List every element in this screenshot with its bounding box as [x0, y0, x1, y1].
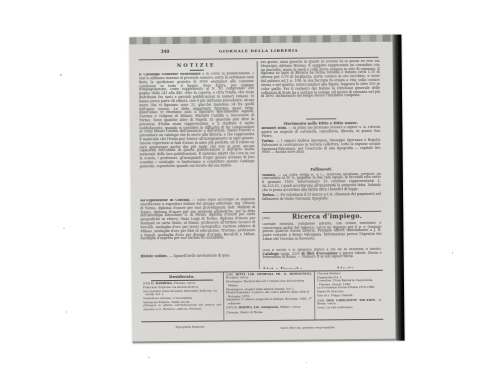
ad-note: (Dirigere le offerte coll'indicazione de…	[143, 304, 221, 311]
paragraph-text: — Sguardi belle involontarie di quei.	[169, 254, 230, 259]
movimento-item: Torino. — I signori Andrea Speranza, Giu…	[261, 139, 380, 155]
ad-ref-number: [293]	[262, 216, 270, 220]
item-text: — Fu volontaria il 13 marzo a L'A. chiam…	[262, 192, 381, 201]
section-rule	[262, 210, 381, 212]
section-title-ricerca: Ricerca d'impiego.	[273, 213, 382, 221]
scan-speck	[66, 311, 67, 313]
paragraph-lead: Riviste vedute.	[141, 254, 168, 258]
firm-city: Lipsia	[337, 266, 354, 269]
ad-column-2: [296] DITTA LIB. DEMENIA FR. G. ROMAGNOL…	[224, 272, 314, 321]
fallimenti-item: Torino. — Fu volontaria il 13 marzo a L'…	[262, 193, 381, 202]
page-content: 340 GIORNALE DELLA LIBRERIA NOTIZIE Il C…	[136, 44, 393, 341]
scan-speck	[306, 362, 307, 363]
fallimenti-item: Milano. — La Ditta Verga R. e C., notevo…	[262, 172, 381, 192]
scan-speck	[148, 357, 150, 358]
page-scan: 340 GIORNALE DELLA LIBRERIA NOTIZIE Il C…	[129, 35, 404, 344]
column-right: nei giorni, dalla galleria di quadri in …	[258, 60, 383, 269]
scan-speck	[452, 252, 453, 254]
firm-name: List e Francke,	[263, 266, 305, 269]
ad-ref-number: [297]	[226, 306, 233, 310]
paragraph-text: è in corso di pubblicazione. I vari lo a…	[139, 72, 255, 168]
paragraph-text: — Sono state accordate le seguenti onori…	[140, 198, 255, 240]
notizie-paragraph-3: Riviste vedute. — Sguardi belle involont…	[141, 254, 256, 259]
movimento-item: Bendorf Rom. — Ai primi del prossimo ott…	[261, 126, 380, 139]
movimento-items: Bendorf Rom. — Ai primi del prossimo ott…	[261, 126, 380, 167]
notizie-paragraph-2: All'Esposizione di Colonia. — Sono state…	[140, 198, 256, 255]
firm-name: U. HOEPLI, Lib. Antiquaria,	[234, 305, 279, 309]
ricerca-paragraph-2: [294] È uscito e si spedisce franco a ch…	[263, 247, 382, 265]
section-title-fallimenti: Fallimenti.	[262, 167, 381, 172]
wanted-item: Leop. La vita sufficiente.	[317, 306, 381, 310]
section-title-notizie: NOTIZIE	[139, 62, 254, 69]
scan-top-edge	[129, 35, 401, 45]
continued-paragraph: nei giorni, dalla galleria di quadri in …	[261, 60, 381, 117]
paragraph-text: Giovane israelita, commesso librario, co…	[262, 221, 381, 240]
ad-column-1: Desiderata. [295] G. BARBERA, Firenze, c…	[141, 272, 223, 321]
item-text: — I signori Andrea Speranza, Giuseppe Sp…	[262, 138, 381, 155]
manager-credit: Carlo Moroni, gerente responsabile.	[280, 325, 335, 330]
scan-speck	[63, 228, 65, 229]
advertiser-signature: List e Francke, libreria antiquaria, Lip…	[263, 265, 382, 269]
section-rule	[306, 118, 336, 119]
section-title-movimento: Movimento nelle Ditte e Ditte nuove.	[261, 120, 380, 125]
ricerca-paragraph-1: Giovane israelita, commesso librario, co…	[262, 221, 381, 248]
paragraph-text: nei giorni, dalla galleria di quadri in …	[261, 60, 380, 99]
scan-speck	[60, 74, 62, 76]
journal-title: GIORNALE DELLA LIBRERIA	[137, 47, 381, 55]
item-text: — La Ditta Verga R. e C., notevole litog…	[262, 172, 381, 191]
scanned-page-viewer: 340 GIORNALE DELLA LIBRERIA NOTIZIE Il C…	[0, 0, 500, 380]
notizie-paragraph-1: Il Catalogo Generale Sessennale è in cor…	[139, 72, 255, 197]
desiderata-section: Desiderata. [295] G. BARBERA, Firenze, c…	[141, 270, 384, 323]
ricerca-heading: [293] Ricerca d'impiego.	[262, 213, 381, 221]
book-gutter-shadow	[392, 35, 404, 341]
text-columns: NOTIZIE Il Catalogo Generale Sessennale …	[139, 60, 383, 271]
ad-column-3: Chiossa Stefano. Fiammetta Vol. I. Corne…	[315, 271, 383, 320]
fallimenti-items: Milano. — La Ditta Verga R. e C., notevo…	[262, 172, 381, 209]
column-left: NOTIZIE Il Catalogo Generale Sessennale …	[139, 61, 259, 270]
firm-detail: libreria antiquaria,	[306, 267, 335, 269]
colophon: Tipografia Pagnoni. Carlo Moroni, gerent…	[141, 323, 383, 334]
desiderata-title: Desiderata.	[151, 274, 213, 281]
printer-credit: Tipografia Pagnoni.	[175, 325, 205, 329]
wanted-item: Chracas. Diario di Roma.	[226, 310, 312, 314]
title-rule	[189, 70, 203, 71]
firm-place: Milano, cerca:	[280, 305, 301, 309]
